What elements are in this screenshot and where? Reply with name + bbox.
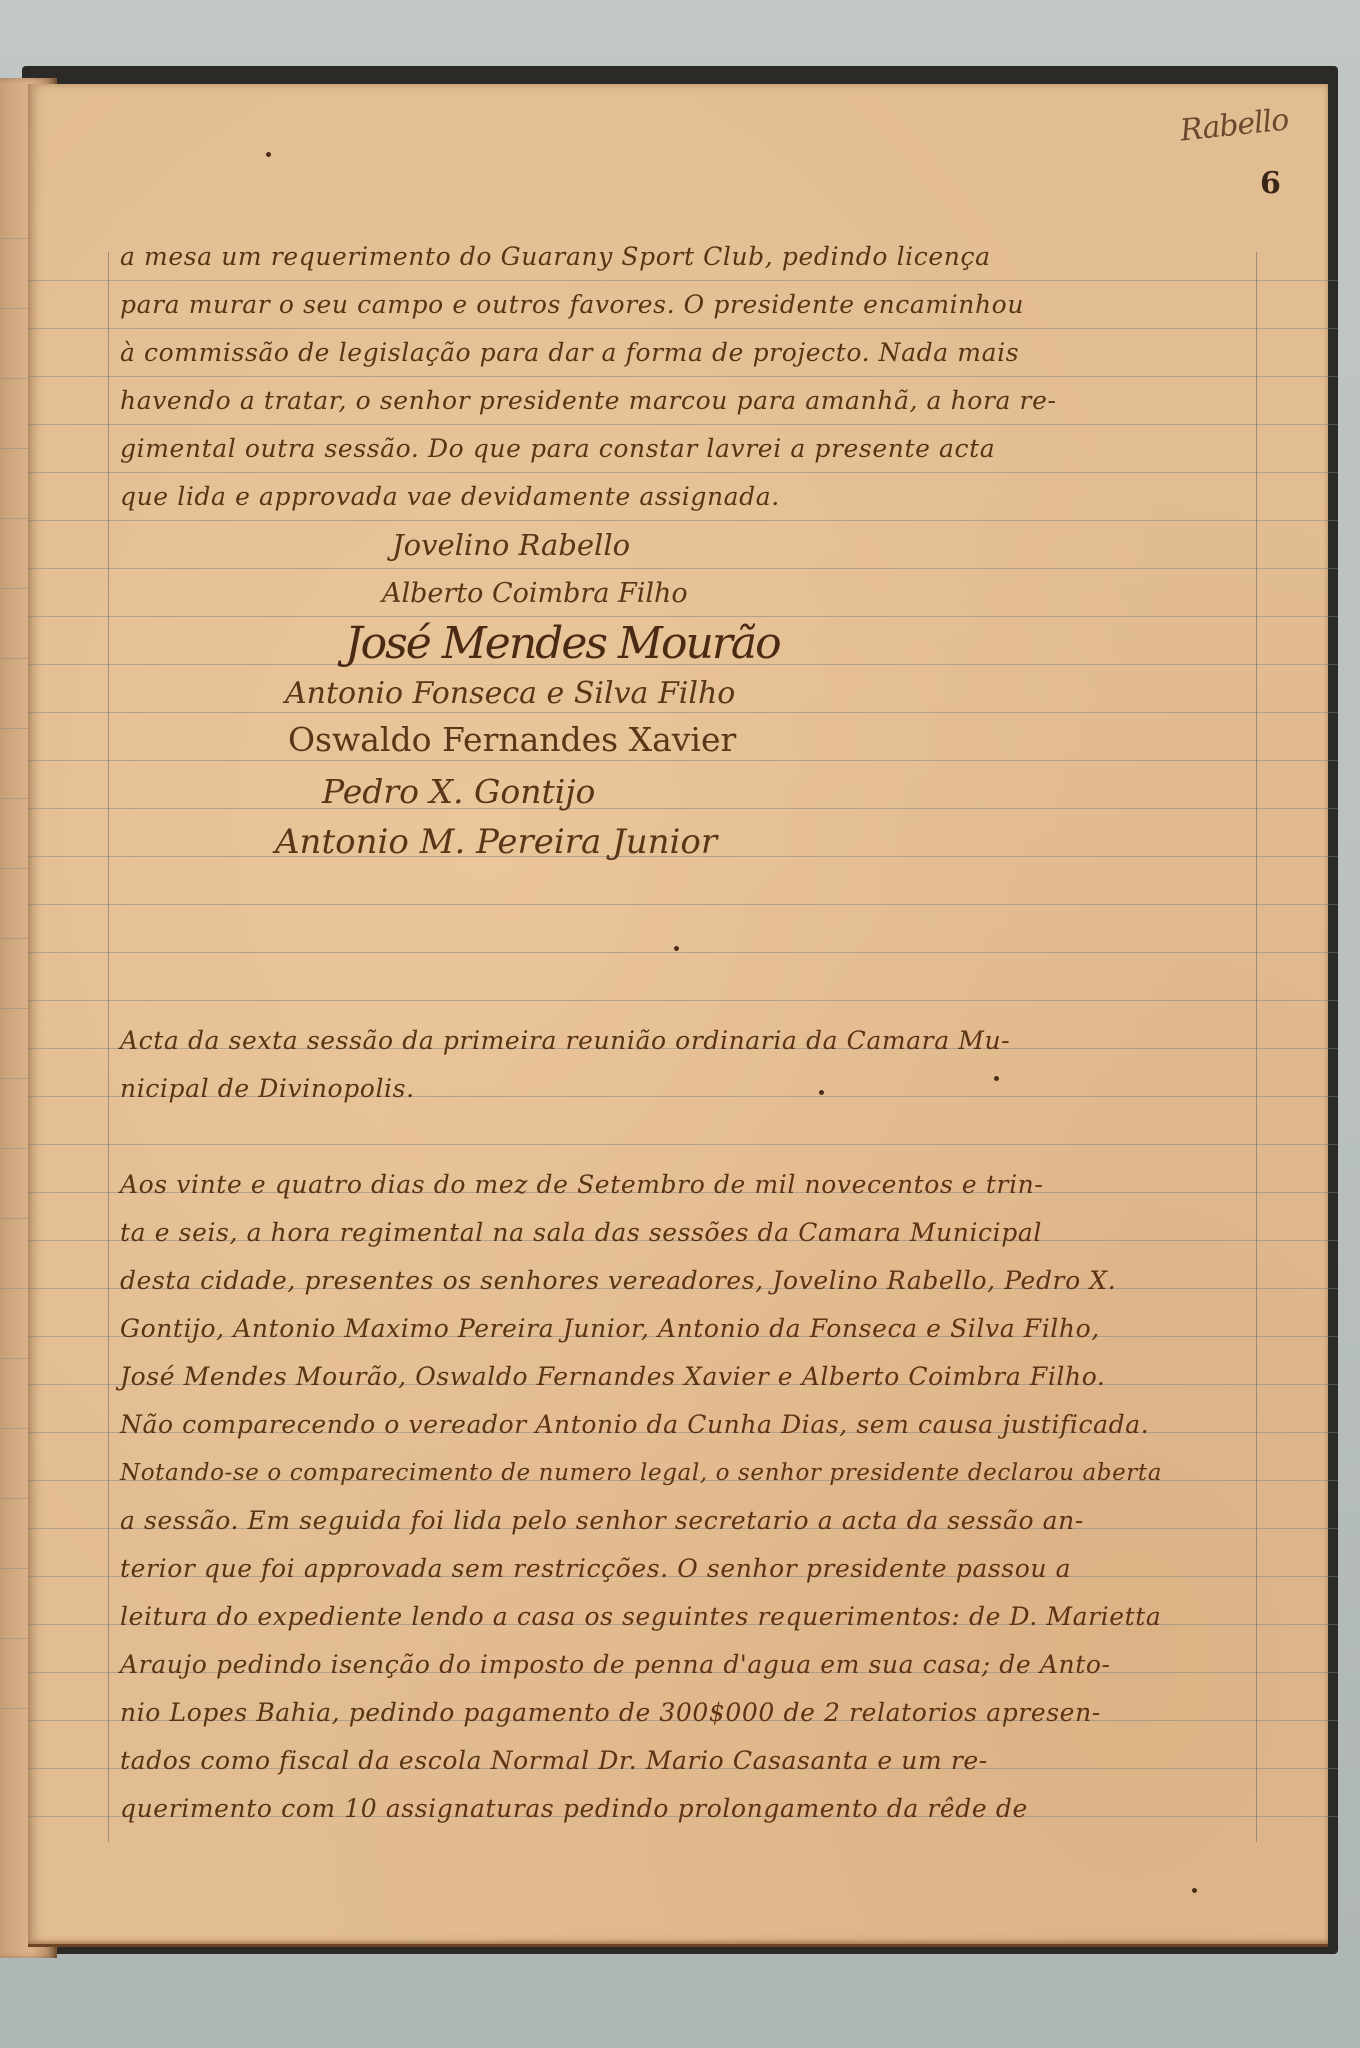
text-line: Não comparecendo o vereador Antonio da C…	[120, 1402, 1149, 1448]
text-line: Gontijo, Antonio Maximo Pereira Junior, …	[120, 1306, 1100, 1352]
text-line: Notando-se o comparecimento de numero le…	[120, 1450, 1162, 1496]
page-number: 6	[1260, 166, 1281, 201]
signature: Antonio Fonseca e Silva Filho	[285, 676, 735, 711]
left-margin-line	[108, 252, 109, 1842]
signature: Jovelino Rabello	[392, 528, 630, 562]
text-line: para murar o seu campo e outros favores.…	[120, 282, 1024, 328]
ink-speck	[819, 1090, 824, 1095]
text-line: leitura do expediente lendo a casa os se…	[120, 1594, 1161, 1640]
right-margin-line	[1256, 252, 1257, 1842]
text-line: Aos vinte e quatro dias do mez de Setemb…	[120, 1162, 1043, 1208]
text-line: à commissão de legislação para dar a for…	[120, 330, 1019, 376]
signature: Antonio M. Pereira Junior	[275, 822, 717, 862]
text-line: que lida e approvada vae devidamente ass…	[120, 474, 780, 520]
text-line: desta cidade, presentes os senhores vere…	[120, 1258, 1116, 1304]
text-line: ta e seis, a hora regimental na sala das…	[120, 1210, 1042, 1256]
text-line: gimental outra sessão. Do que para const…	[120, 426, 995, 472]
signature: Oswaldo Fernandes Xavier	[288, 720, 736, 759]
signature: José Mendes Mourão	[345, 618, 780, 669]
text-line: a sessão. Em seguida foi lida pelo senho…	[120, 1498, 1084, 1544]
ink-speck	[266, 152, 271, 157]
signature: Pedro X. Gontijo	[322, 772, 595, 811]
title-line: Acta da sexta sessão da primeira reunião…	[120, 1018, 1010, 1064]
title-line: nicipal de Divinopolis.	[120, 1066, 415, 1112]
ink-speck	[674, 946, 679, 951]
ink-speck	[1192, 1888, 1197, 1893]
text-line: terior que foi approvada sem restricções…	[120, 1546, 1071, 1592]
text-line: José Mendes Mourão, Oswaldo Fernandes Xa…	[120, 1354, 1105, 1400]
ink-speck	[994, 1076, 999, 1081]
text-line: nio Lopes Bahia, pedindo pagamento de 30…	[120, 1690, 1101, 1736]
text-line: querimento com 10 assignaturas pedindo p…	[120, 1786, 1028, 1832]
signature: Alberto Coimbra Filho	[382, 578, 688, 609]
text-line: havendo a tratar, o senhor presidente ma…	[120, 378, 1057, 424]
text-line: tados como fiscal da escola Normal Dr. M…	[120, 1738, 988, 1784]
text-line: a mesa um requerimento do Guarany Sport …	[120, 234, 991, 280]
text-line: Araujo pedindo isenção do imposto de pen…	[120, 1642, 1111, 1688]
